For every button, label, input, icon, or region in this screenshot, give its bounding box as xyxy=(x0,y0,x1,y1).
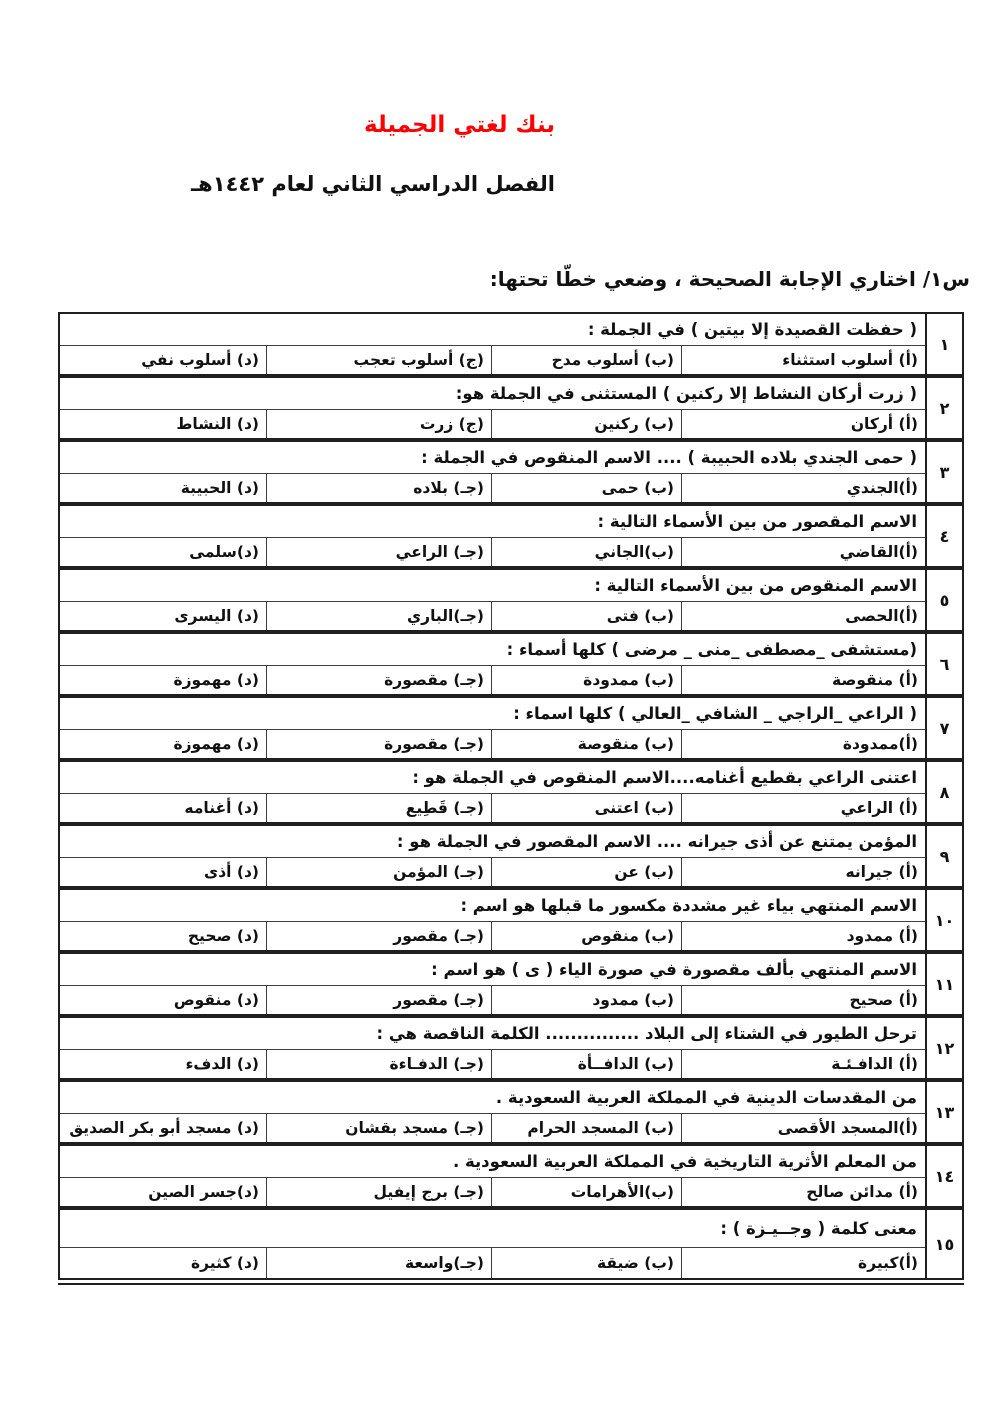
option-c: (جـ) مقصور xyxy=(266,922,491,950)
question-block: ١٢ ترحل الطيور في الشتاء إلى البلاد ....… xyxy=(58,1016,964,1080)
option-a: (أ) ممدود xyxy=(681,922,925,950)
question-number: ٣ xyxy=(925,442,962,502)
option-c: (جـ) برج إيفيل xyxy=(266,1178,491,1206)
question-block: ٧ ( الراعي _الراجي _ الشافي _العالي ) كل… xyxy=(58,696,964,760)
option-d: (د)سلمى xyxy=(60,538,266,566)
question-text: الاسم المنتهي بياء غير مشددة مكسور ما قب… xyxy=(60,890,925,922)
question-number: ١٠ xyxy=(925,890,962,950)
option-d: (د) مسجد أبو بكر الصديق xyxy=(60,1114,266,1142)
question-text: من المعلم الأثرية التاريخية في المملكة ا… xyxy=(60,1146,925,1178)
option-d: (د) كثيرة xyxy=(60,1248,266,1278)
option-b: (ب)الجاني xyxy=(491,538,681,566)
question-block: ١ ( حفظت القصيدة إلا بيتين ) في الجملة :… xyxy=(58,312,964,376)
option-a: (أ) جيرانه xyxy=(681,858,925,886)
option-b: (ب) حمى xyxy=(491,474,681,502)
question-block: ١١ الاسم المنتهي بألف مقصورة في صورة الي… xyxy=(58,952,964,1016)
question-text: اعتنى الراعي بقطيع أغنامه....الاسم المنق… xyxy=(60,762,925,794)
option-c: (جـ) المؤمن xyxy=(266,858,491,886)
option-d: (د) منقوص xyxy=(60,986,266,1014)
option-b: (ب)الأهرامات xyxy=(491,1178,681,1206)
question-block: ٤ الاسم المقصور من بين الأسماء التالية :… xyxy=(58,504,964,568)
question-number: ١٢ xyxy=(925,1018,962,1078)
option-b: (ب) أسلوب مدح xyxy=(491,346,681,374)
option-d: (د) اليسرى xyxy=(60,602,266,630)
option-c: (ج) أسلوب تعجب xyxy=(266,346,491,374)
option-d: (د)جسر الصين xyxy=(60,1178,266,1206)
option-a: (أ) أسلوب استثناء xyxy=(681,346,925,374)
option-c: (جـ) قَطِيع xyxy=(266,794,491,822)
option-c: (جـ) مقصورة xyxy=(266,730,491,758)
doc-title: بنك لغتي الجميلة xyxy=(0,108,555,142)
option-b: (ب) منقوصة xyxy=(491,730,681,758)
question-text: معنى كلمة ( وجــيـزة ) : xyxy=(60,1210,925,1248)
option-a: (أ) الدافـئـة xyxy=(681,1050,925,1078)
option-b: (ب) ممدود xyxy=(491,986,681,1014)
question-block: ١٥ معنى كلمة ( وجــيـزة ) : (أ)كبيرة (ب)… xyxy=(58,1208,964,1280)
question-number: ١١ xyxy=(925,954,962,1014)
question-block: ٩ المؤمن يمتنع عن أذى جيرانه .... الاسم … xyxy=(58,824,964,888)
question-block: ٦ (مستشفى _مصطفى _منى _ مرضى ) كلها أسما… xyxy=(58,632,964,696)
option-b: (ب) عن xyxy=(491,858,681,886)
option-a: (أ) منقوصة xyxy=(681,666,925,694)
question-number: ٧ xyxy=(925,698,962,758)
question-number: ١٣ xyxy=(925,1082,962,1142)
question-number: ٢ xyxy=(925,378,962,438)
option-b: (ب) ركنين xyxy=(491,410,681,438)
question-text: المؤمن يمتنع عن أذى جيرانه .... الاسم ال… xyxy=(60,826,925,858)
option-b: (ب) ضيقة xyxy=(491,1248,681,1278)
question-text: الاسم المنتهي بألف مقصورة في صورة الياء … xyxy=(60,954,925,986)
option-a: (أ)القاضي xyxy=(681,538,925,566)
option-d: (د) مهموزة xyxy=(60,666,266,694)
question-number: ٦ xyxy=(925,634,962,694)
question-number: ١٤ xyxy=(925,1146,962,1206)
question-block: ٢ ( زرت أركان النشاط إلا ركنين ) المستثن… xyxy=(58,376,964,440)
option-c: (جـ) مقصورة xyxy=(266,666,491,694)
question-number: ١ xyxy=(925,314,962,374)
question-text: الاسم المقصور من بين الأسماء التالية : xyxy=(60,506,925,538)
option-c: (جـ)الباري xyxy=(266,602,491,630)
option-b: (ب) اعتنى xyxy=(491,794,681,822)
question-block: ٥ الاسم المنقوص من بين الأسماء التالية :… xyxy=(58,568,964,632)
option-d: (د) النشاط xyxy=(60,410,266,438)
option-b: (ب) الدافــأة xyxy=(491,1050,681,1078)
option-b: (ب) منقوص xyxy=(491,922,681,950)
option-c: (جـ) مقصور xyxy=(266,986,491,1014)
question-block: ١٠ الاسم المنتهي بياء غير مشددة مكسور ما… xyxy=(58,888,964,952)
option-d: (د) الحبيبة xyxy=(60,474,266,502)
option-a: (أ)ممدودة xyxy=(681,730,925,758)
option-c: (جـ) الراعي xyxy=(266,538,491,566)
question-block: ١٤ من المعلم الأثرية التاريخية في المملك… xyxy=(58,1144,964,1208)
question-block: ١٣ من المقدسات الدينية في المملكة العربي… xyxy=(58,1080,964,1144)
option-a: (أ)الحصى xyxy=(681,602,925,630)
question-block: ٣ ( حمى الجندي بلاده الحبيبة ) .... الاس… xyxy=(58,440,964,504)
question-text: ( الراعي _الراجي _ الشافي _العالي ) كلها… xyxy=(60,698,925,730)
option-d: (د) أذى xyxy=(60,858,266,886)
option-a: (أ) أركان xyxy=(681,410,925,438)
question-block: ٨ اعتنى الراعي بقطيع أغنامه....الاسم الم… xyxy=(58,760,964,824)
question-text: ( زرت أركان النشاط إلا ركنين ) المستثنى … xyxy=(60,378,925,410)
question-number: ٩ xyxy=(925,826,962,886)
option-a: (أ)كبيرة xyxy=(681,1248,925,1278)
option-a: (أ) مدائن صالح xyxy=(681,1178,925,1206)
question-number: ١٥ xyxy=(925,1210,962,1278)
document-page: بنك لغتي الجميلة الفصل الدراسي الثاني لع… xyxy=(0,0,992,1403)
option-d: (د) مهموزة xyxy=(60,730,266,758)
questions-table: ١ ( حفظت القصيدة إلا بيتين ) في الجملة :… xyxy=(58,312,964,1285)
question-text: الاسم المنقوص من بين الأسماء التالية : xyxy=(60,570,925,602)
option-b: (ب) المسجد الحرام xyxy=(491,1114,681,1142)
option-c: (ج) زرت xyxy=(266,410,491,438)
question-number: ٤ xyxy=(925,506,962,566)
option-a: (أ)المسجد الأقصى xyxy=(681,1114,925,1142)
doc-subtitle: الفصل الدراسي الثاني لعام ١٤٤٢هـ xyxy=(0,168,555,200)
option-c: (جـ) مسجد بقشان xyxy=(266,1114,491,1142)
question-text: ( حفظت القصيدة إلا بيتين ) في الجملة : xyxy=(60,314,925,346)
question-text: من المقدسات الدينية في المملكة العربية ا… xyxy=(60,1082,925,1114)
option-a: (أ) الراعي xyxy=(681,794,925,822)
question-text: ترحل الطيور في الشتاء إلى البلاد .......… xyxy=(60,1018,925,1050)
section-instruction: س١/ اختاري الإجابة الصحيحة ، وضعي خطّا ت… xyxy=(0,262,970,296)
option-a: (أ) صحيح xyxy=(681,986,925,1014)
option-b: (ب) فتى xyxy=(491,602,681,630)
option-c: (جـ)واسعة xyxy=(266,1248,491,1278)
option-d: (د) أغنامه xyxy=(60,794,266,822)
option-a: (أ)الجندي xyxy=(681,474,925,502)
option-c: (جـ) بلاده xyxy=(266,474,491,502)
option-c: (جـ) الدفـاءة xyxy=(266,1050,491,1078)
question-text: (مستشفى _مصطفى _منى _ مرضى ) كلها أسماء … xyxy=(60,634,925,666)
question-text: ( حمى الجندي بلاده الحبيبة ) .... الاسم … xyxy=(60,442,925,474)
question-number: ٨ xyxy=(925,762,962,822)
option-b: (ب) ممدودة xyxy=(491,666,681,694)
option-d: (د) صحيح xyxy=(60,922,266,950)
option-d: (د) الدفء xyxy=(60,1050,266,1078)
question-number: ٥ xyxy=(925,570,962,630)
option-d: (د) أسلوب نفي xyxy=(60,346,266,374)
